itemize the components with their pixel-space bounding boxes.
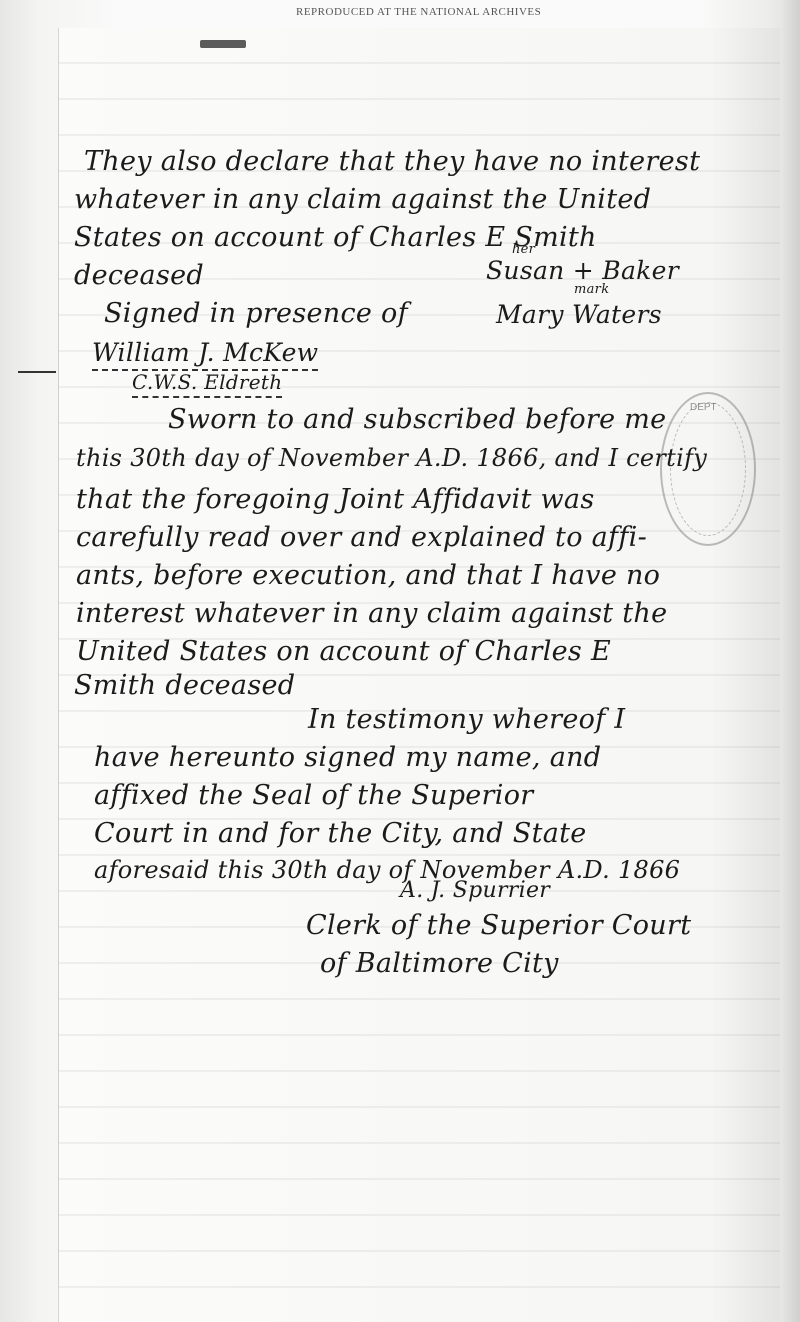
- court-seal-text: DEPT: [690, 402, 717, 413]
- affidavit-line-1: They also declare that they have no inte…: [84, 146, 700, 177]
- ink-smudge: [200, 40, 246, 48]
- testimony-line-3: affixed the Seal of the Superior: [94, 780, 533, 811]
- affiant-signature-mary-waters: Mary Waters: [496, 300, 662, 329]
- testimony-line-1: In testimony whereof I: [308, 704, 625, 735]
- clerk-title-line-2: of Baltimore City: [320, 948, 559, 979]
- affidavit-line-2: whatever in any claim against the United: [74, 184, 651, 215]
- archive-stamp: REPRODUCED AT THE NATIONAL ARCHIVES: [296, 6, 541, 18]
- margin-mark: [18, 371, 56, 373]
- testimony-line-4: Court in and for the City, and State: [94, 818, 587, 849]
- affiant-signature-susan-baker: Susan + Baker: [486, 256, 679, 285]
- jurat-line-4: carefully read over and explained to aff…: [76, 522, 647, 553]
- jurat-line-7: United States on account of Charles E: [76, 636, 611, 667]
- clerk-signature: A. J. Spurrier: [400, 878, 550, 903]
- page-edge: [780, 0, 800, 1322]
- witness-label: Signed in presence of: [104, 298, 408, 329]
- affiant-mark-label-her: her: [512, 242, 535, 257]
- clerk-title-line-1: Clerk of the Superior Court: [306, 910, 691, 941]
- jurat-line-2: this 30th day of November A.D. 1866, and…: [76, 444, 707, 472]
- affidavit-line-4: deceased: [74, 260, 204, 291]
- testimony-line-2: have hereunto signed my name, and: [94, 742, 601, 773]
- jurat-line-8: Smith deceased: [74, 670, 295, 701]
- jurat-line-1: Sworn to and subscribed before me: [168, 404, 666, 435]
- jurat-line-6: interest whatever in any claim against t…: [76, 598, 667, 629]
- witness-signature-1: William J. McKew: [92, 338, 318, 371]
- margin-rule: [58, 80, 59, 1280]
- testimony-line-5: aforesaid this 30th day of November A.D.…: [94, 856, 680, 884]
- jurat-line-5: ants, before execution, and that I have …: [76, 560, 660, 591]
- witness-signature-2: C.W.S. Eldreth: [132, 370, 282, 398]
- affiant-mark-label-mark: mark: [574, 282, 609, 297]
- jurat-line-3: that the foregoing Joint Affidavit was: [76, 484, 594, 515]
